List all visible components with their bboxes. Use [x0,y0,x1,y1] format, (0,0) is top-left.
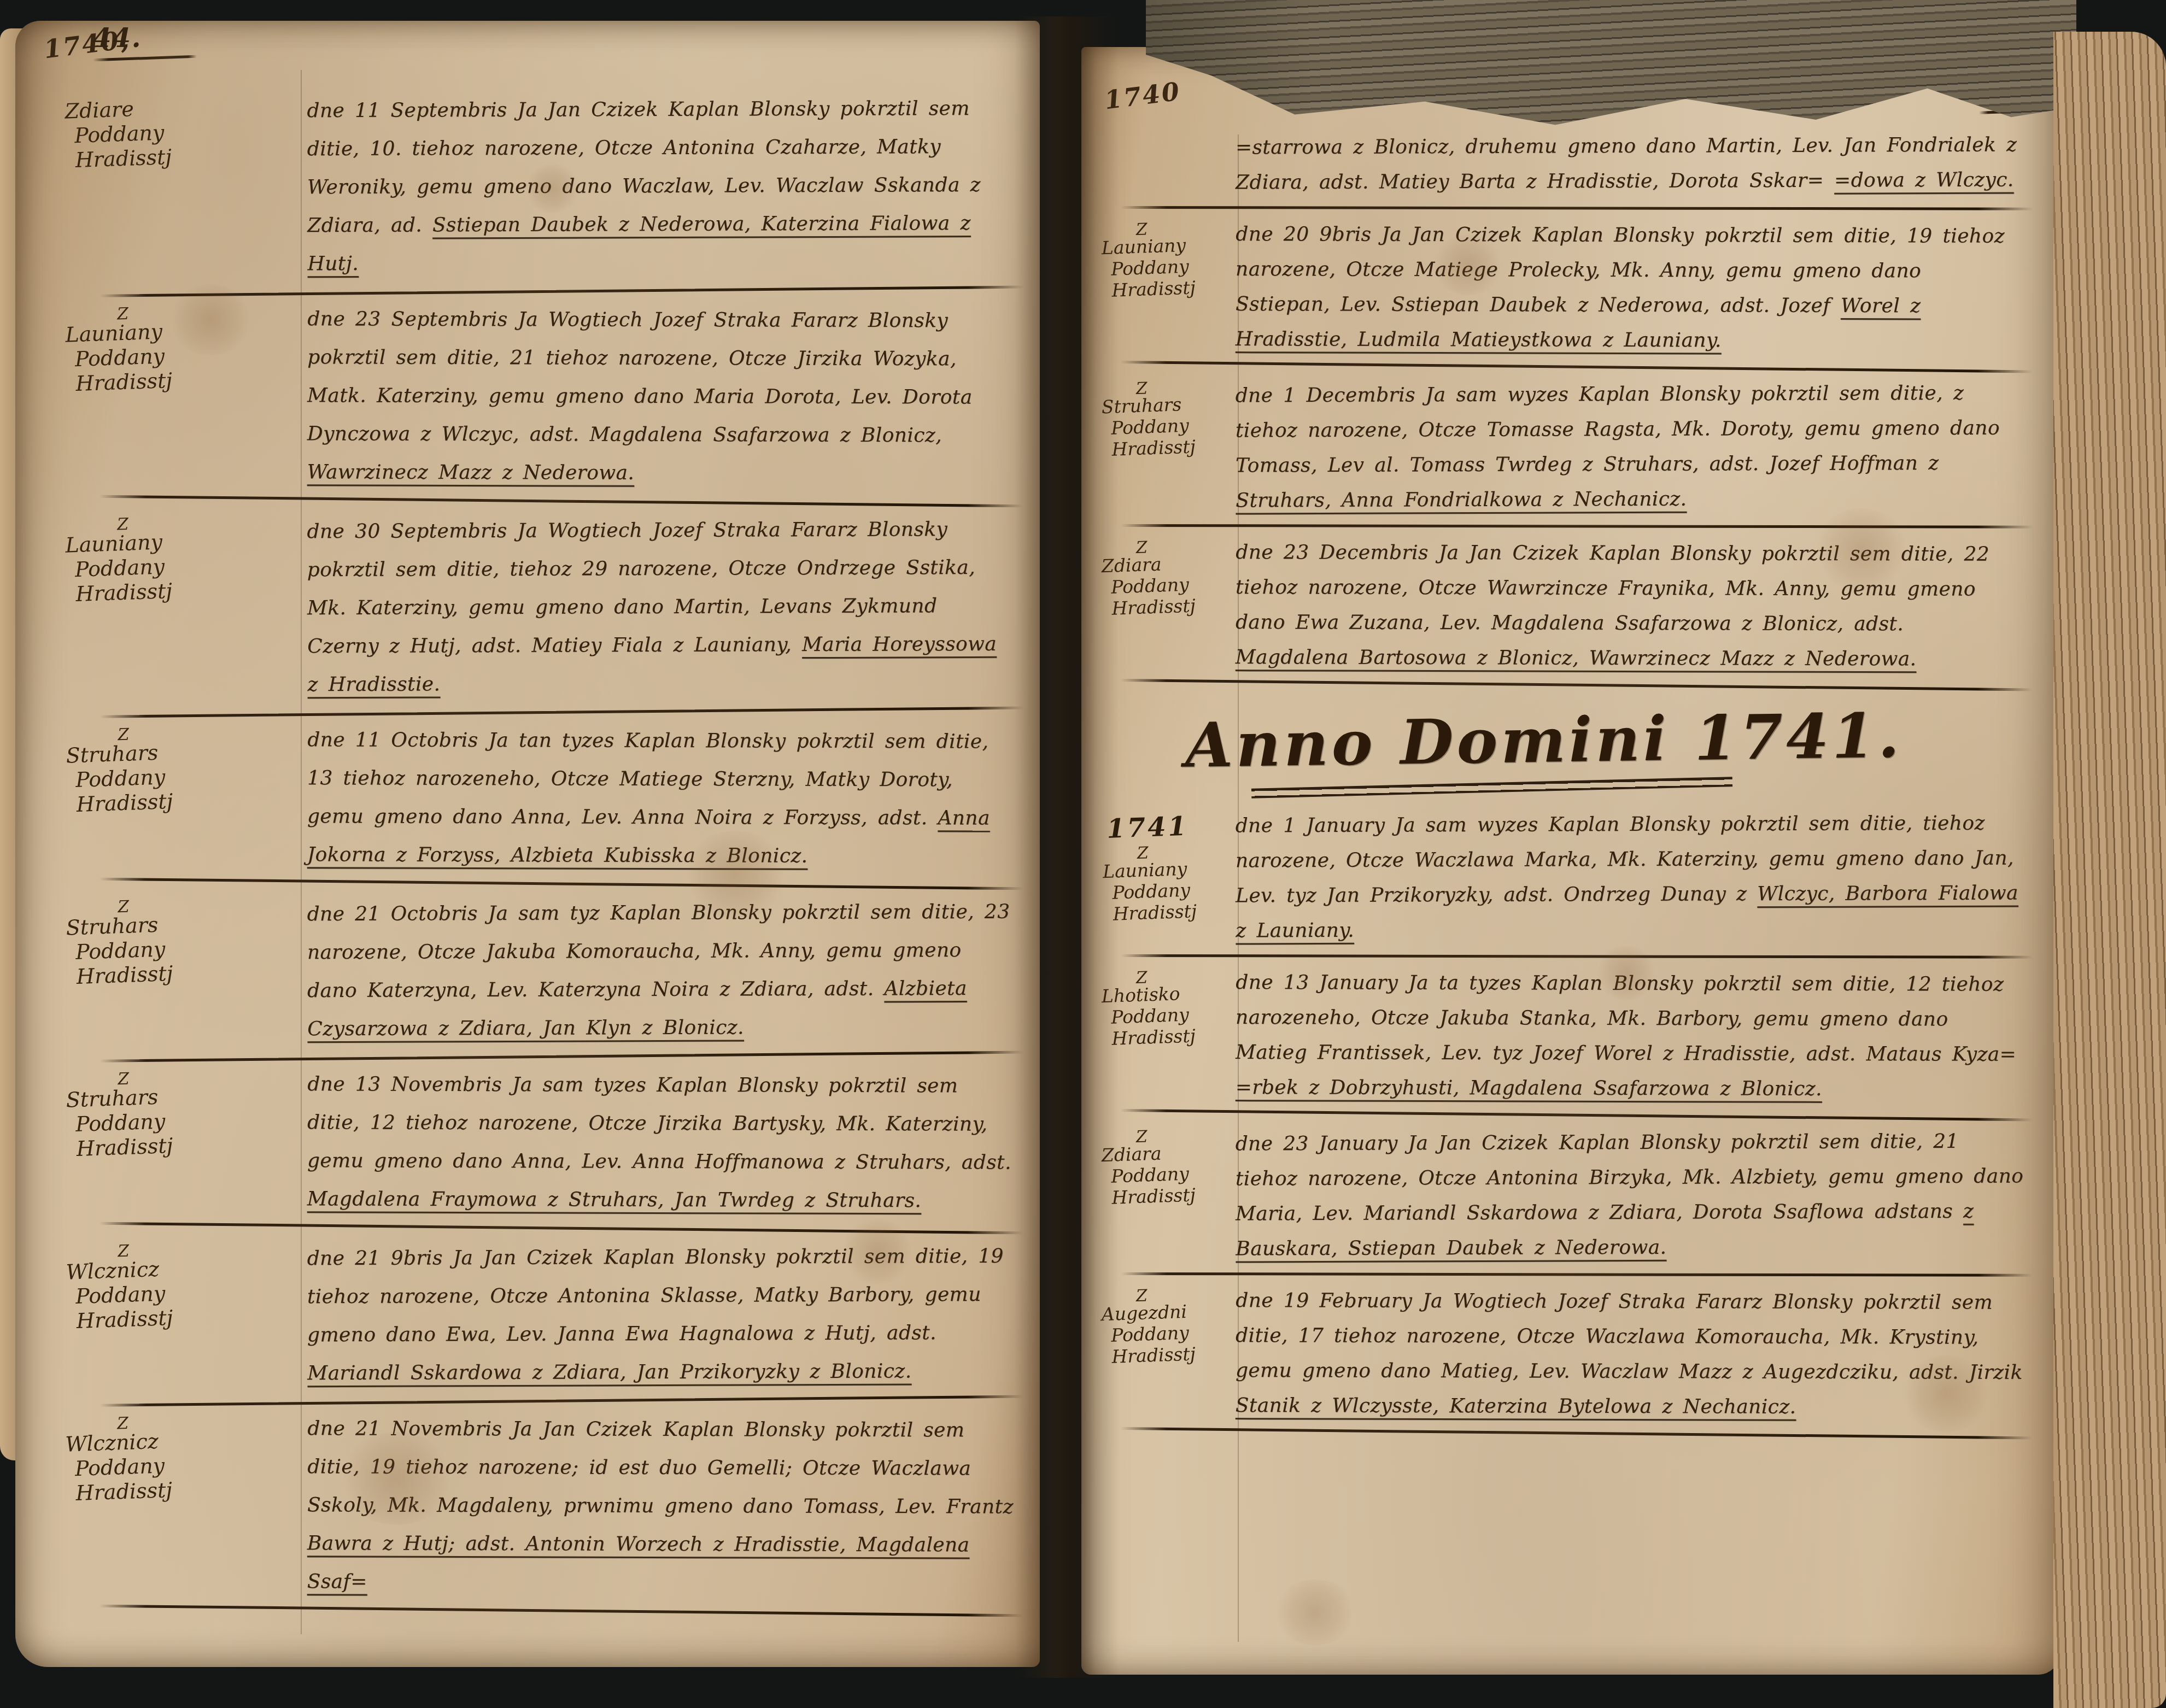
entry-body-text: dne 13 January Ja ta tyzes Kaplan Blonsk… [1236,971,2016,1066]
baptism-entry: =starrowa z Blonicz, druhemu gmeno dano … [1103,129,2025,213]
entry-text: dne 30 Septembris Ja Wogtiech Jozef Stra… [307,510,1015,718]
entry-tail-underlined: Stanik z Wlczysste, Katerzina Bytelowa z… [1236,1394,1796,1418]
baptism-entry: Z Augezdni Poddany Hradisstj dne 19 Febr… [1103,1284,2025,1438]
entry-margin-label: Z Augezdni Poddany Hradisstj [1100,1282,1238,1440]
entry-margin-label: Z Struhars Poddany Hradisstj [65,1062,310,1237]
baptism-entry: Z Launiany Poddany Hradisstj dne 20 9bri… [1103,218,2025,372]
entry-text: dne 23 Septembris Ja Wogtiech Jozef Stra… [307,300,1015,507]
baptism-entry: Zdiare Poddany Hradisstj dne 11 Septembr… [68,91,1015,296]
entry-margin-label [1102,127,1237,215]
entry-separator-stroke [1121,954,2033,959]
entry-text: dne 11 Octobris Ja tan tyzes Kaplan Blon… [307,721,1015,889]
entry-margin-label: Z Zdiara Poddany Hradisstj [1100,1123,1238,1281]
entry-margin-label: Zdiare Poddany Hradisstj [65,86,311,300]
margin-year: 1741 [1106,809,1234,845]
entry-text: =starrowa z Blonicz, druhemu gmeno dano … [1236,127,2025,214]
baptism-entry: Z Launiany Poddany Hradisstj dne 30 Sept… [68,512,1015,717]
entry-text: dne 1 Decembris Ja sam wyzes Kaplan Blon… [1236,375,2025,532]
margin-line3: Hradisstj [1111,594,1236,620]
entry-tail-underlined: Bawra z Hutj; adst. Antonin Worzech z Hr… [307,1532,970,1593]
entry-margin-label: Z Wlcznicz Poddany Hradisstj [65,1406,311,1619]
anno-domini-heading: Anno Domini 1741. [1185,698,2025,796]
entry-separator-stroke [1121,206,2033,210]
entry-separator-stroke [1121,1272,2033,1277]
entry-body-text: dne 23 Decembris Ja Jan Czizek Kaplan Bl… [1236,541,1989,635]
baptism-entry: Z Wlcznicz Poddany Hradisstj dne 21 9bri… [68,1239,1015,1405]
manuscript-scan: { "document_kind": "handwritten baptism … [0,0,2166,1708]
entry-tail-underlined: Mariandl Sskardowa z Zdiara, Jan Przikor… [307,1360,911,1384]
margin-line3: Hradisstj [1111,276,1236,302]
margin-line3: Hradisstj [1111,435,1236,461]
entry-tail-underlined: =rbek z Dobrzyhusti, Magdalena Ssafarzow… [1236,1076,1822,1100]
baptism-entry: Z Lhotisko Poddany Hradisstj dne 13 Janu… [1103,966,2025,1120]
entry-margin-label: Z Launiany Poddany Hradisstj [65,297,311,510]
margin-line3: Hradisstj [1111,1024,1236,1050]
entry-text: dne 23 January Ja Jan Czizek Kaplan Blon… [1236,1124,2025,1280]
entry-tail-underlined: =dowa z Wlczyc. [1834,169,2014,192]
entry-tail-underlined: Wawrzinecz Mazz z Nederowa. [307,461,635,484]
entry-margin-label: Z Zdiara Poddany Hradisstj [1100,534,1238,692]
margin-line3: Hradisstj [1111,1342,1236,1368]
entry-margin-label: Z Struhars Poddany Hradisstj [65,718,310,893]
entry-body-text: dne 21 9bris Ja Jan Czizek Kaplan Blonsk… [307,1245,1004,1346]
entry-text: dne 21 9bris Ja Jan Czizek Kaplan Blonsk… [307,1237,1015,1407]
entry-margin-label: Z Wlcznicz Poddany Hradisstj [65,1234,310,1409]
right-page: 1740 45. =starrowa z Blonicz, druhemu gm… [1081,47,2060,1675]
baptism-entry: Z Struhars Poddany Hradisstj dne 1 Decem… [1103,377,2025,531]
entry-separator-stroke [1121,679,2033,691]
baptism-entry: Z Zdiara Poddany Hradisstj dne 23 Januar… [1103,1125,2025,1279]
entry-body-text: dne 11 Octobris Ja tan tyzes Kaplan Blon… [307,729,989,829]
entry-margin-label: Z Launiany Poddany Hradisstj [65,507,311,720]
entry-separator-stroke [1121,1109,2033,1121]
entry-text: dne 19 February Ja Wogtiech Jozef Straka… [1236,1283,2025,1439]
baptism-entry: Z Struhars Poddany Hradisstj dne 13 Nove… [68,1066,1015,1233]
entry-margin-label: Z Struhars Poddany Hradisstj [1100,375,1238,533]
entry-text: dne 20 9bris Ja Jan Czizek Kaplan Blonsk… [1236,217,2025,373]
entry-body-text: dne 19 February Ja Wogtiech Jozef Straka… [1236,1289,2023,1384]
right-page-content: =starrowa z Blonicz, druhemu gmeno dano … [1081,47,2060,1675]
entry-margin-label: 1741 Z Launiany Poddany Hradisstj [1100,805,1238,963]
baptism-entry: Z Launiany Poddany Hradisstj dne 23 Sept… [68,301,1015,506]
entry-text: dne 23 Decembris Ja Jan Czizek Kaplan Bl… [1236,535,2025,691]
entry-body-text: dne 23 January Ja Jan Czizek Kaplan Blon… [1236,1130,2024,1225]
baptism-entry: 1741 Z Launiany Poddany Hradisstj dne 1 … [1103,807,2025,961]
entry-text: dne 21 Novembris Ja Jan Czizek Kaplan Bl… [307,1410,1015,1616]
book-gutter-shadow [1015,16,1119,1678]
margin-line3: Hradisstj [1113,899,1237,925]
entry-tail-underlined: Struhars, Anna Fondrialkowa z Nechanicz. [1236,488,1687,512]
entry-text: dne 11 Septembris Ja Jan Czizek Kaplan B… [307,90,1015,297]
entry-text: dne 21 Octobris Ja sam tyz Kaplan Blonsk… [307,893,1015,1063]
baptism-entry: Z Struhars Poddany Hradisstj dne 11 Octo… [68,722,1015,889]
fore-edge-page-stack [2053,32,2166,1708]
baptism-entry: Z Zdiara Poddany Hradisstj dne 23 Decemb… [1103,536,2025,690]
baptism-entry: Z Wlcznicz Poddany Hradisstj dne 21 Nove… [68,1411,1015,1616]
entry-body-text: dne 21 Novembris Ja Jan Czizek Kaplan Bl… [307,1417,1014,1518]
entry-body-text: dne 13 Novembris Ja sam tyzes Kaplan Blo… [307,1073,1011,1173]
entry-tail-underlined: Magdalena Fraymowa z Struhars, Jan Twrde… [307,1188,922,1212]
entry-margin-label: Z Struhars Poddany Hradisstj [65,890,310,1065]
entry-text: dne 13 Novembris Ja sam tyzes Kaplan Blo… [307,1065,1015,1234]
left-page: 1740, 44. Zdiare Poddany Hradisstj dne 1… [15,21,1040,1667]
entry-separator-stroke [1121,1427,2033,1439]
left-page-content: Zdiare Poddany Hradisstj dne 11 Septembr… [15,21,1040,1667]
margin-line3: Hradisstj [1111,1183,1236,1209]
entry-text: dne 1 January Ja sam wyzes Kaplan Blonsk… [1236,806,2025,962]
entry-text: dne 13 January Ja ta tyzes Kaplan Blonsk… [1236,965,2025,1121]
entry-margin-label: Z Launiany Poddany Hradisstj [1100,216,1238,374]
baptism-entry: Z Struhars Poddany Hradisstj dne 21 Octo… [68,894,1015,1061]
entry-body-text: dne 23 Septembris Ja Wogtiech Jozef Stra… [307,308,973,447]
entry-separator-stroke [1121,361,2033,373]
entry-tail-underlined: Magdalena Bartosowa z Blonicz, Wawrzinec… [1236,646,1917,670]
heading-double-underline [1251,777,1732,798]
entry-body-text: dne 1 Decembris Ja sam wyzes Kaplan Blon… [1236,382,2000,477]
entry-separator-stroke [1121,524,2033,529]
entry-margin-label: Z Lhotisko Poddany Hradisstj [1100,964,1238,1122]
